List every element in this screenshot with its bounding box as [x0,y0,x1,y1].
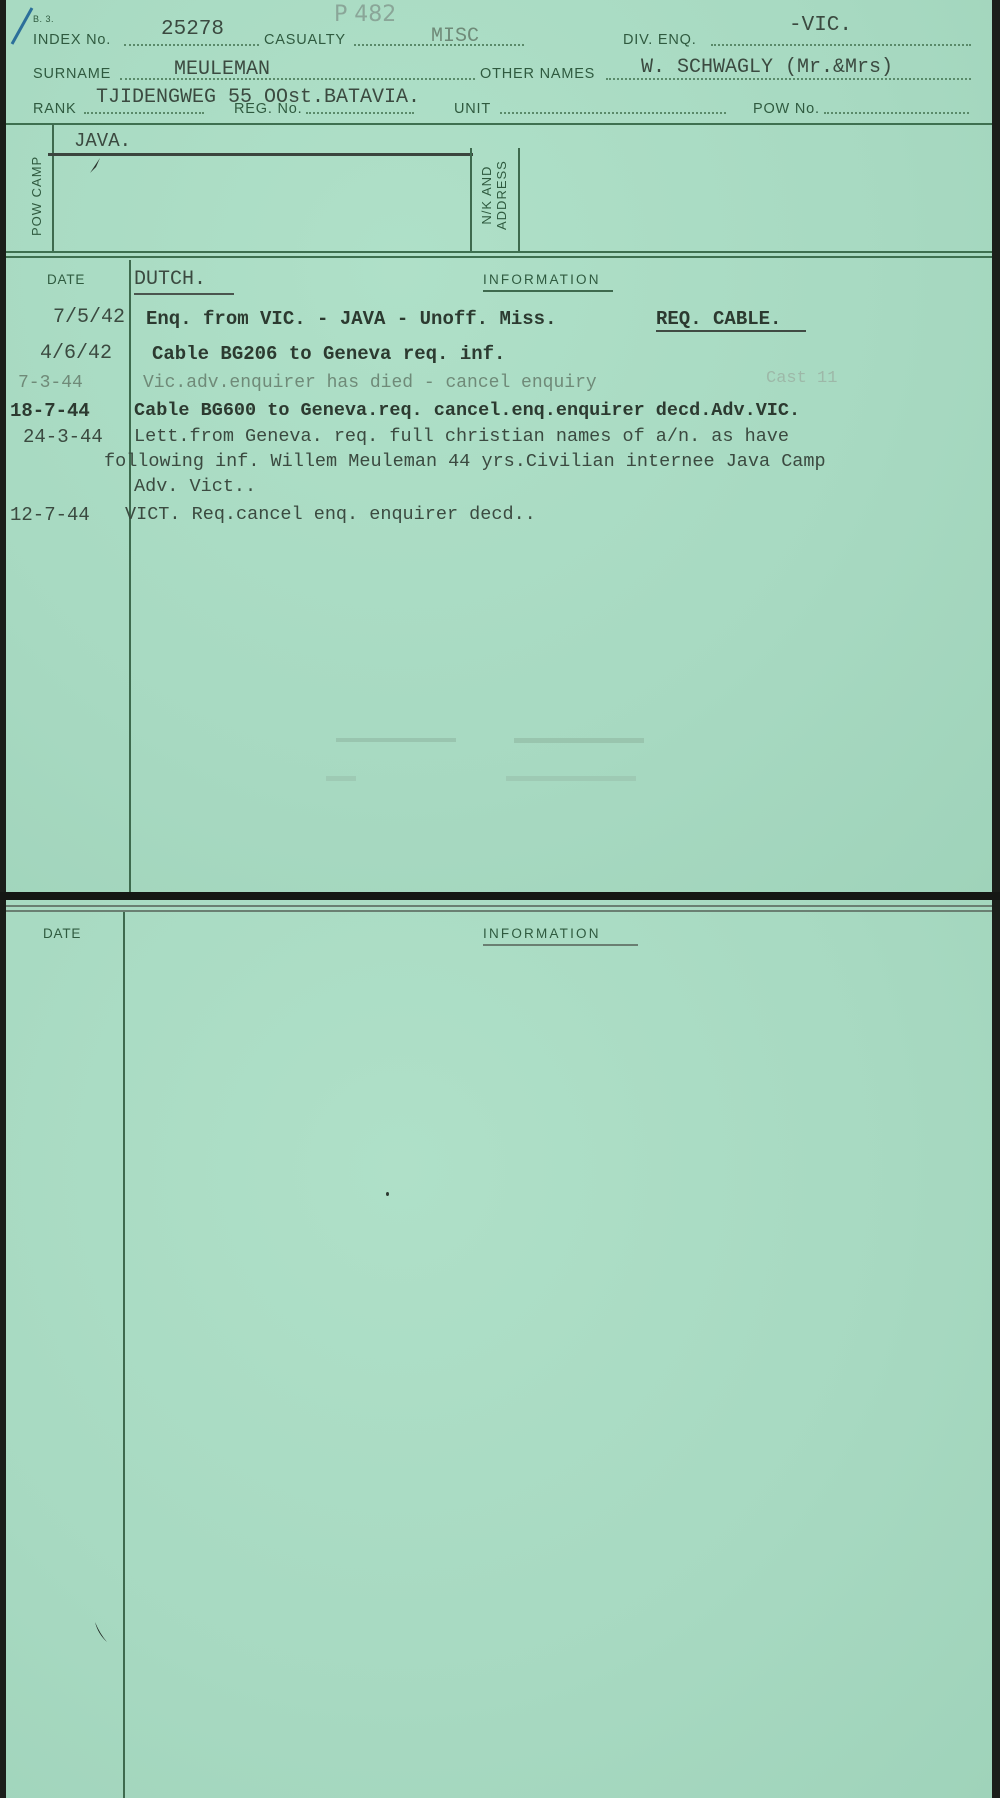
rank-line [84,112,204,114]
divider [6,251,992,253]
date-header: DATE [47,272,85,287]
other-names-label: OTHER NAMES [480,66,595,82]
entry-date: 7/5/42 [53,306,125,329]
divider [518,148,520,252]
index-no-label: INDEX No. [33,32,111,48]
pencil-note: P 482 [334,2,396,27]
pow-camp-label: POW CAMP [30,156,45,236]
entry-continuation: following inf. Willem Meuleman 44 yrs.Ci… [104,451,826,472]
pow-no-line [824,112,969,114]
entry-text: Cable BG206 to Geneva req. inf. [152,343,505,365]
entry-text: Cable BG600 to Geneva.req. cancel.enq.en… [134,400,800,421]
nk-label-line2: ADDRESS [495,160,510,230]
information-header: INFORMATION [483,272,601,287]
entry-emphasis: REQ. CABLE. [656,308,781,330]
date-column-divider [129,260,131,892]
date-header: DATE [43,926,81,941]
casualty-label: CASUALTY [264,32,346,48]
divider [6,256,992,258]
entry-text: Lett.from Geneva. req. full christian na… [134,426,789,447]
entry-continuation: Adv. Vict.. [134,476,256,497]
div-enq-line [711,44,971,46]
bleed-through-mark [506,776,636,781]
typed-strike-line [48,153,473,156]
divider [52,124,54,252]
entry-text: Vic.adv.enquirer has died - cancel enqui… [143,373,597,393]
entry-date: 7-3-44 [18,373,83,393]
index-card-reverse: DATE INFORMATION [6,900,992,1798]
reg-no-label: REG. No. [234,101,302,117]
underline [483,290,613,292]
information-header: INFORMATION [483,926,601,941]
nk-label-line1: N/K AND [480,160,495,230]
divider [6,910,992,912]
index-no-line [124,44,259,46]
div-enq-label: DIV. ENQ. [623,32,697,48]
reg-no-line [306,112,414,114]
index-no-value: 25278 [161,18,224,41]
form-code: B. 3. [33,14,54,24]
unit-label: UNIT [454,101,491,117]
surname-label: SURNAME [33,66,111,82]
rank-label: RANK [33,101,77,117]
div-enq-value: -VIC. [789,14,852,37]
underline [134,293,234,295]
nationality-value: DUTCH. [134,268,206,291]
divider [6,123,992,125]
ink-mark-icon [92,1620,110,1646]
other-names-value: W. SCHWAGLY (Mr.&Mrs) [641,56,893,79]
bleed-through-mark [326,776,356,781]
entry-date: 24-3-44 [23,426,103,448]
speck [386,1192,389,1196]
entry-date: 18-7-44 [10,400,90,422]
unit-line [500,112,726,114]
surname-value: MEULEMAN [174,58,270,81]
ink-mark-icon [88,155,104,175]
bleed-through-mark [514,738,644,743]
divider [470,148,472,252]
underline [656,330,806,332]
pow-camp-value: JAVA. [74,130,131,152]
index-card-front: B. 3. P 482 INDEX No. 25278 CASUALTY MIS… [6,0,992,892]
divider [6,905,992,907]
casualty-value: MISC [431,25,479,48]
pow-no-label: POW No. [753,101,820,117]
underline [483,944,638,946]
card-separator [0,892,1000,900]
entry-date: 4/6/42 [40,342,112,365]
margin-note: Cast 11 [766,369,837,388]
entry-text: VICT. Req.cancel enq. enquirer decd.. [125,504,536,525]
entry-date: 12-7-44 [10,504,90,526]
entry-text: Enq. from VIC. - JAVA - Unoff. Miss. [146,308,556,330]
nk-address-label: N/K AND ADDRESS [480,160,510,230]
date-column-divider [123,912,125,1798]
bleed-through-mark [336,738,456,742]
